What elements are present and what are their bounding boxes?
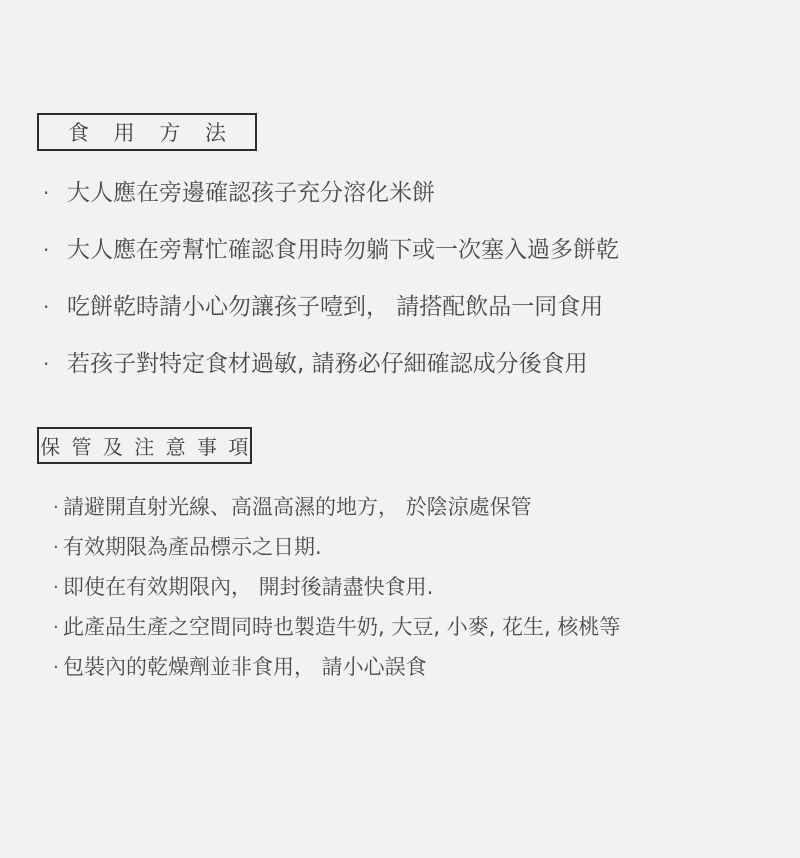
list-item: · 請避開直射光線、高溫高濕的地方， 於陰涼處保管 <box>53 497 620 518</box>
list-item-text: 若孩子對特定食材過敏, 請務必仔細確認成分後食用 <box>67 353 588 376</box>
list-item-text: 此產品生產之空間同時也製造牛奶, 大豆, 小麥, 花生, 核桃等 <box>63 617 620 638</box>
usage-section-title-box: 食 用 方 法 <box>37 113 257 151</box>
bullet-icon: · <box>53 657 63 678</box>
storage-section-title-box: 保 管 及 注 意 事 項 <box>37 427 252 464</box>
list-item: · 有效期限為產品標示之日期. <box>53 537 620 558</box>
bullet-icon: · <box>53 537 63 558</box>
bullet-icon: · <box>53 617 63 638</box>
bullet-icon: · <box>53 497 63 518</box>
list-item: · 若孩子對特定食材過敏, 請務必仔細確認成分後食用 <box>43 353 619 376</box>
list-item-text: 即使在有效期限內， 開封後請盡快食用. <box>63 577 433 598</box>
list-item-text: 包裝內的乾燥劑並非食用， 請小心誤食 <box>63 657 427 678</box>
list-item-text: 大人應在旁幫忙確認食用時勿躺下或一次塞入過多餅乾 <box>67 239 619 262</box>
list-item: · 大人應在旁幫忙確認食用時勿躺下或一次塞入過多餅乾 <box>43 239 619 262</box>
bullet-icon: · <box>43 239 67 262</box>
list-item: · 大人應在旁邊確認孩子充分溶化米餅 <box>43 182 619 205</box>
list-item-text: 有效期限為產品標示之日期. <box>63 537 322 558</box>
bullet-icon: · <box>43 296 67 319</box>
bullet-icon: · <box>53 577 63 598</box>
list-item-text: 吃餅乾時請小心勿讓孩子噎到， 請搭配飲品一同食用 <box>67 296 603 319</box>
list-item: · 即使在有效期限內， 開封後請盡快食用. <box>53 577 620 598</box>
list-item: · 包裝內的乾燥劑並非食用， 請小心誤食 <box>53 657 620 678</box>
bullet-icon: · <box>43 182 67 205</box>
list-item-text: 大人應在旁邊確認孩子充分溶化米餅 <box>67 182 435 205</box>
list-item: · 吃餅乾時請小心勿讓孩子噎到， 請搭配飲品一同食用 <box>43 296 619 319</box>
usage-instructions-list: · 大人應在旁邊確認孩子充分溶化米餅 · 大人應在旁幫忙確認食用時勿躺下或一次塞… <box>43 182 619 410</box>
usage-section-title: 食 用 方 法 <box>68 117 235 147</box>
product-instruction-sheet: 食 用 方 法 · 大人應在旁邊確認孩子充分溶化米餅 · 大人應在旁幫忙確認食用… <box>0 0 800 858</box>
list-item-text: 請避開直射光線、高溫高濕的地方， 於陰涼處保管 <box>63 497 532 518</box>
bullet-icon: · <box>43 353 67 376</box>
storage-notes-list: · 請避開直射光線、高溫高濕的地方， 於陰涼處保管 · 有效期限為產品標示之日期… <box>53 497 620 697</box>
storage-section-title: 保 管 及 注 意 事 項 <box>40 431 251 460</box>
list-item: · 此產品生產之空間同時也製造牛奶, 大豆, 小麥, 花生, 核桃等 <box>53 617 620 638</box>
